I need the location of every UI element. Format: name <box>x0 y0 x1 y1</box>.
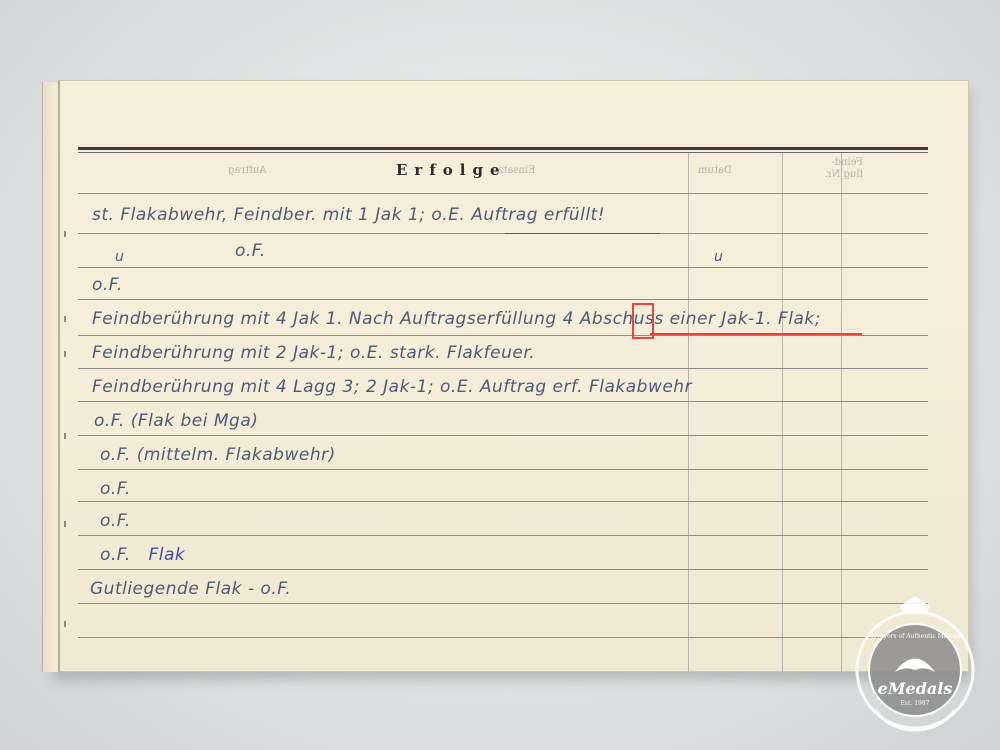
ghost-column-label: Datum <box>698 165 732 176</box>
row-rule <box>78 469 928 470</box>
log-entry: o.F. <box>92 275 123 295</box>
log-entry: o.F. Flak <box>100 545 185 565</box>
table-header: Auftrag Erfolge Einsatz Datum Feind-flug… <box>78 153 928 193</box>
stitch-mark <box>64 621 66 627</box>
stitch-mark <box>64 433 66 439</box>
stitch-mark <box>64 521 66 527</box>
log-entry-text: o.F. <box>100 545 149 565</box>
log-entry: o.F. <box>100 511 131 531</box>
row-rule <box>78 603 928 604</box>
watermark-est: Est. 1987 <box>901 700 930 707</box>
row-rule <box>78 637 928 638</box>
blue-ink-word: Flak <box>149 545 186 565</box>
row-rule <box>78 233 928 234</box>
log-entry: Feindberührung mit 4 Lagg 3; 2 Jak-1; o.… <box>92 377 692 397</box>
row-rule <box>78 435 928 436</box>
watermark-tagline: Purveyors of Authentic Militaria <box>866 633 964 640</box>
red-underline <box>650 333 862 335</box>
ghost-column-label: Einsatz <box>498 165 535 176</box>
row-rule <box>78 401 928 402</box>
logbook-page: Auftrag Erfolge Einsatz Datum Feind-flug… <box>58 80 969 672</box>
column-divider <box>782 153 783 673</box>
stitch-mark <box>64 316 66 322</box>
ditto-mark: u <box>714 249 723 265</box>
ghost-column-label: Feind-flug Nr. <box>813 157 863 181</box>
log-entry: o.F. <box>235 241 266 261</box>
header-rule <box>78 147 928 150</box>
row-rule <box>78 368 928 369</box>
row-rule <box>78 267 928 268</box>
row-rule <box>78 193 928 194</box>
log-entry: st. Flakabwehr, Feindber. mit 1 Jak 1; o… <box>92 205 605 225</box>
row-rule <box>78 569 928 570</box>
emedals-watermark-seal: eMedals Est. 1987 Purveyors of Authentic… <box>840 590 990 740</box>
row-rule <box>78 299 928 300</box>
column-divider <box>688 153 689 673</box>
log-entry: o.F. (mittelm. Flakabwehr) <box>100 445 336 465</box>
log-entry: o.F. (Flak bei Mga) <box>94 411 258 431</box>
log-entry: Feindberührung mit 2 Jak-1; o.E. stark. … <box>92 343 535 363</box>
watermark-brand: eMedals <box>878 679 953 698</box>
log-entry: o.F. <box>100 479 131 499</box>
log-entry: Gutliegende Flak - o.F. <box>90 579 291 599</box>
ghost-column-label: Auftrag <box>228 165 267 176</box>
stitch-mark <box>64 351 66 357</box>
stitch-mark <box>64 231 66 237</box>
header-title: Erfolge <box>396 161 507 179</box>
log-entry: Feindberührung mit 4 Jak 1. Nach Auftrag… <box>92 309 821 329</box>
row-rule <box>78 535 928 536</box>
row-rule <box>78 335 928 336</box>
row-rule <box>78 501 928 502</box>
ditto-mark: u <box>115 249 124 265</box>
seal-emblem-icon: eMedals Est. 1987 Purveyors of Authentic… <box>840 590 990 740</box>
pencil-underline <box>505 233 660 234</box>
